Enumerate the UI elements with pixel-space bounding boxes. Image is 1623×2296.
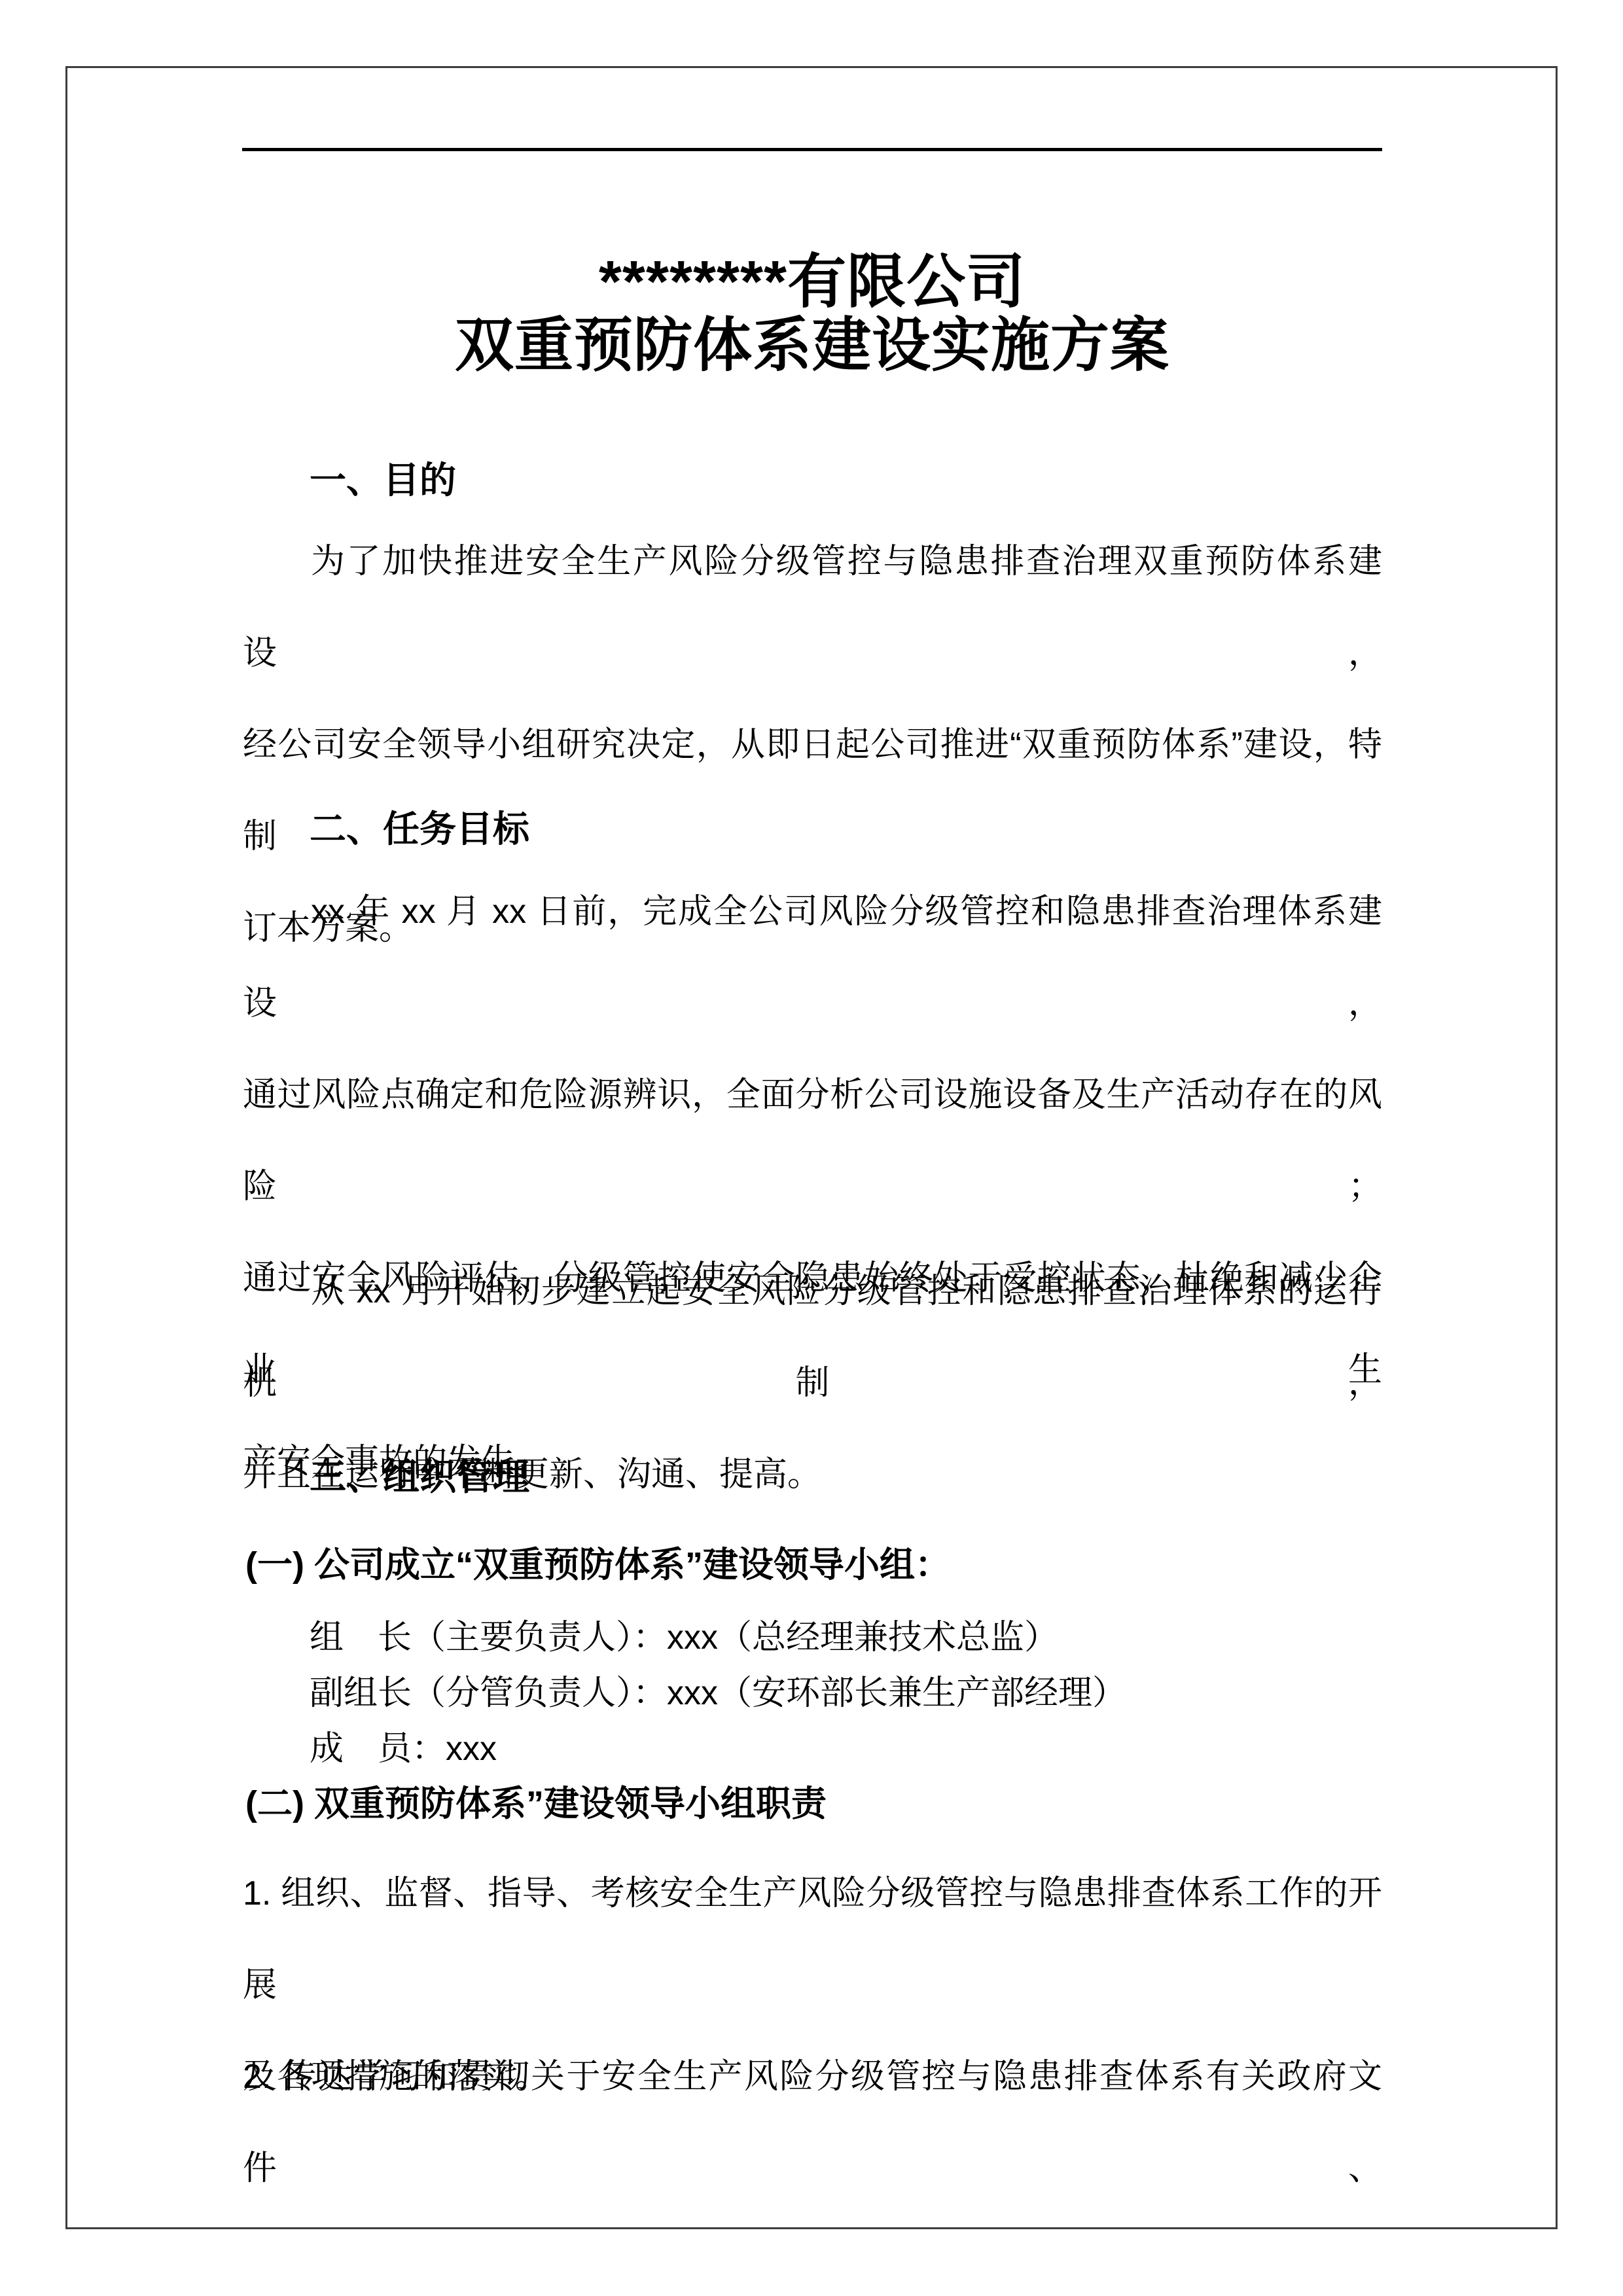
leader-line: 副组长（分管负责人）：xxx（安环部长兼生产部经理） xyxy=(310,1666,1126,1721)
leadership-group-list: 组 长（主要负责人）：xxx（总经理兼技术总监） 副组长（分管负责人）：xxx（… xyxy=(310,1610,1126,1777)
subsection-2-heading: (二) 双重预防体系”建设领导小组职责 xyxy=(245,1785,827,1823)
document-title: ********有限公司 双重预防体系建设实施方案 xyxy=(242,251,1382,378)
paragraph-line: 从 xx 月开始初步建立起安全风险分级管控和隐患排查治理体系的运行机制， xyxy=(243,1246,1382,1429)
paragraph-line: 1. 组织、监督、指导、考核安全生产风险分级管控与隐患排查体系工作的开展 xyxy=(243,1848,1382,2031)
document-page: ********有限公司 双重预防体系建设实施方案 一、目的 为了加快推进安全生… xyxy=(0,0,1623,2296)
section-1-heading: 一、目的 xyxy=(310,461,456,500)
paragraph-line: 通过风险点确定和危险源辨识，全面分析公司设施设备及生产活动存在的风险； xyxy=(243,1049,1382,1232)
header-rule xyxy=(242,148,1382,151)
paragraph-line: 经公司安全领导小组研究决定，从即日起公司推进“双重预防体系”建设，特制 xyxy=(243,699,1382,882)
leader-line: 组 长（主要负责人）：xxx（总经理兼技术总监） xyxy=(310,1610,1126,1666)
duty-item-2: 2. 传达学习和贯彻关于安全生产风险分级管控与隐患排查体系有关政府文件、 xyxy=(243,2031,1382,2214)
title-line-2: 双重预防体系建设实施方案 xyxy=(242,314,1382,378)
section-2-heading: 二、任务目标 xyxy=(310,810,529,849)
paragraph-line: 2. 传达学习和贯彻关于安全生产风险分级管控与隐患排查体系有关政府文件、 xyxy=(243,2031,1382,2214)
subsection-1-heading: (一) 公司成立“双重预防体系”建设领导小组： xyxy=(245,1547,950,1584)
paragraph-line: xx 年 xx 月 xx 日前，完成全公司风险分级管控和隐患排查治理体系建设， xyxy=(243,866,1382,1049)
title-line-1: ********有限公司 xyxy=(242,251,1382,314)
leader-line: 成 员：xxx xyxy=(310,1721,1126,1777)
section-3-heading: 三、组织管理 xyxy=(310,1458,529,1497)
paragraph-line: 为了加快推进安全生产风险分级管控与隐患排查治理双重预防体系建设， xyxy=(243,516,1382,699)
